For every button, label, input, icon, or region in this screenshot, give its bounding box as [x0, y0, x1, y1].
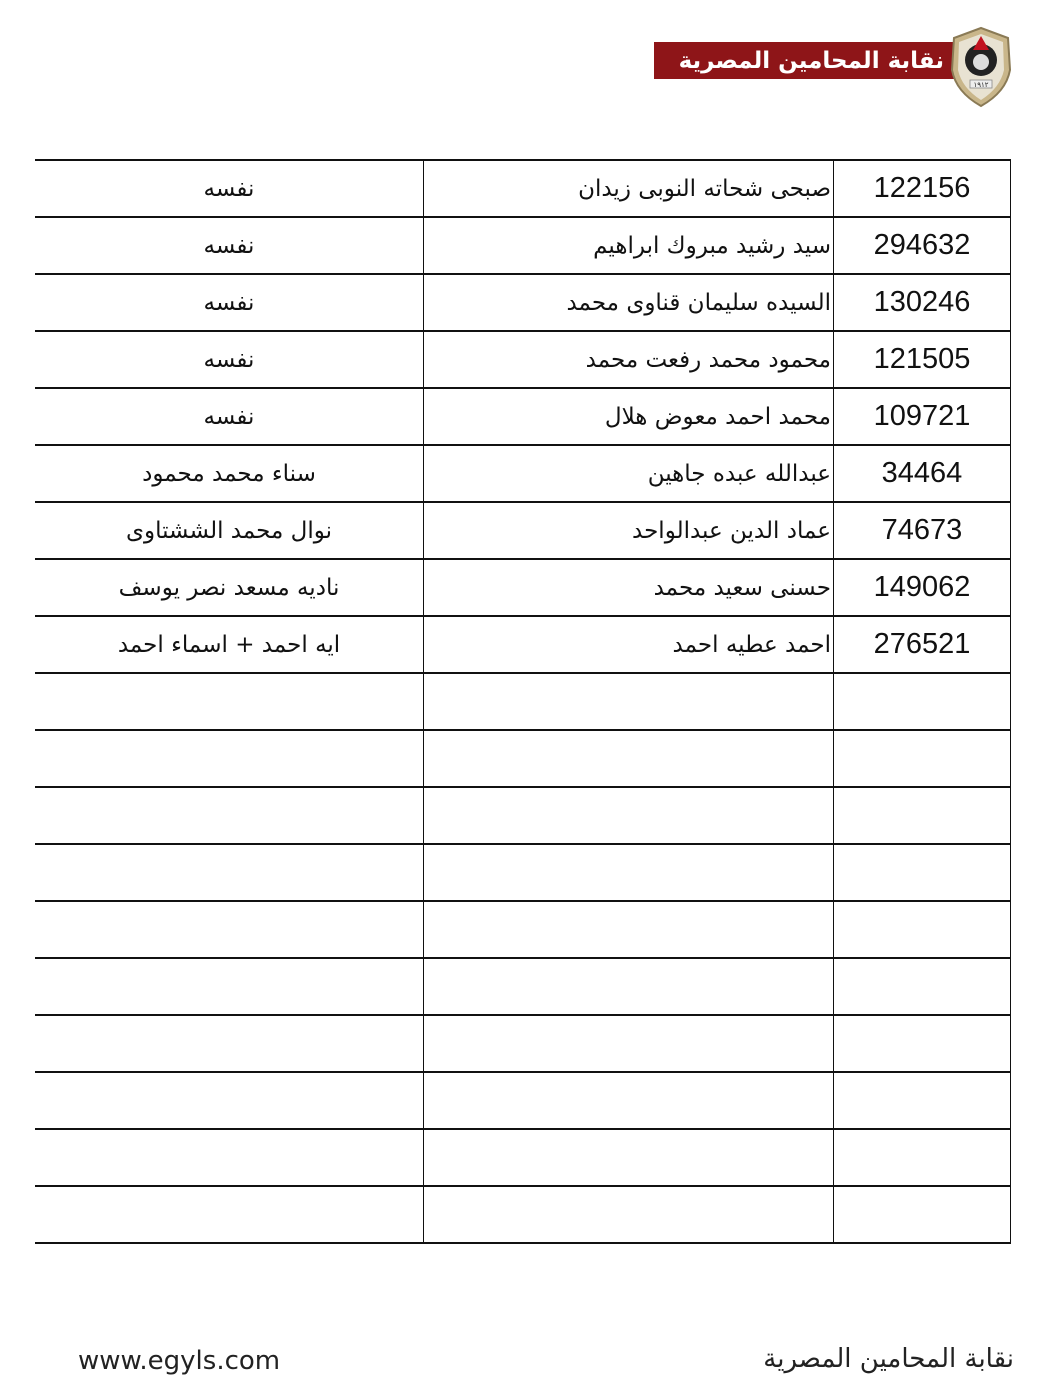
companion-cell: نوال محمد الششتاوى	[35, 502, 424, 559]
lawyer-name-cell: محمد احمد معوض هلال	[424, 388, 834, 445]
membership-number-cell	[834, 1015, 1011, 1072]
organization-banner: نقابة المحامين المصرية	[654, 42, 954, 79]
lawyer-name-cell: عماد الدين عبدالواحد	[424, 502, 834, 559]
table-row: 276521احمد عطيه احمدايه احمد + اسماء احم…	[35, 616, 1011, 673]
membership-number-cell: 276521	[834, 616, 1011, 673]
lawyer-name-cell: حسنى سعيد محمد	[424, 559, 834, 616]
footer-organization-name: نقابة المحامين المصرية	[763, 1344, 1014, 1374]
lawyer-name-cell: عبدالله عبده جاهين	[424, 445, 834, 502]
lawyer-name-cell	[424, 673, 834, 730]
organization-title: نقابة المحامين المصرية	[679, 48, 944, 74]
table-row: 130246السيده سليمان قناوى محمدنفسه	[35, 274, 1011, 331]
table-row	[35, 901, 1011, 958]
membership-number-cell: 122156	[834, 160, 1011, 217]
membership-number-cell: 130246	[834, 274, 1011, 331]
companion-cell	[35, 673, 424, 730]
companion-cell: سناء محمد محمود	[35, 445, 424, 502]
companion-cell	[35, 958, 424, 1015]
table-row	[35, 1015, 1011, 1072]
table-row	[35, 1072, 1011, 1129]
companion-cell: نفسه	[35, 217, 424, 274]
table-row	[35, 787, 1011, 844]
membership-number-cell: 109721	[834, 388, 1011, 445]
table-row	[35, 673, 1011, 730]
lawyer-name-cell	[424, 1186, 834, 1243]
membership-number-cell	[834, 958, 1011, 1015]
lawyer-name-cell	[424, 901, 834, 958]
lawyer-name-cell: احمد عطيه احمد	[424, 616, 834, 673]
companion-cell	[35, 1129, 424, 1186]
table-row	[35, 1186, 1011, 1243]
companion-cell: نفسه	[35, 388, 424, 445]
companion-cell	[35, 1186, 424, 1243]
lawyer-name-cell: سيد رشيد مبروك ابراهيم	[424, 217, 834, 274]
membership-number-cell	[834, 787, 1011, 844]
lawyer-name-cell: السيده سليمان قناوى محمد	[424, 274, 834, 331]
lawyer-name-cell	[424, 1129, 834, 1186]
companion-cell	[35, 787, 424, 844]
table-row	[35, 1129, 1011, 1186]
membership-number-cell	[834, 673, 1011, 730]
companion-cell	[35, 730, 424, 787]
table-row: 149062حسنى سعيد محمدناديه مسعد نصر يوسف	[35, 559, 1011, 616]
lawyer-name-cell	[424, 730, 834, 787]
companion-cell: نفسه	[35, 331, 424, 388]
companion-cell: نفسه	[35, 274, 424, 331]
membership-number-cell	[834, 844, 1011, 901]
membership-number-cell	[834, 1129, 1011, 1186]
membership-number-cell: 294632	[834, 217, 1011, 274]
lawyer-name-cell: محمود محمد رفعت محمد	[424, 331, 834, 388]
companion-cell: ناديه مسعد نصر يوسف	[35, 559, 424, 616]
footer-website[interactable]: www.egyls.com	[78, 1346, 280, 1376]
membership-number-cell: 121505	[834, 331, 1011, 388]
table-row	[35, 730, 1011, 787]
lawyer-name-cell	[424, 844, 834, 901]
table-row: 34464عبدالله عبده جاهينسناء محمد محمود	[35, 445, 1011, 502]
table-row	[35, 844, 1011, 901]
lawyer-name-cell	[424, 1072, 834, 1129]
lawyer-name-cell	[424, 787, 834, 844]
membership-number-cell: 74673	[834, 502, 1011, 559]
membership-number-cell: 149062	[834, 559, 1011, 616]
table-row: 109721محمد احمد معوض هلالنفسه	[35, 388, 1011, 445]
table-row: 121505محمود محمد رفعت محمدنفسه	[35, 331, 1011, 388]
companion-cell	[35, 1072, 424, 1129]
companion-cell: نفسه	[35, 160, 424, 217]
companion-cell: ايه احمد + اسماء احمد	[35, 616, 424, 673]
lawyer-name-cell	[424, 1015, 834, 1072]
membership-number-cell: 34464	[834, 445, 1011, 502]
page-header: نقابة المحامين المصرية ١٩١٢	[654, 26, 1014, 110]
membership-number-cell	[834, 901, 1011, 958]
table-row	[35, 958, 1011, 1015]
lawyer-name-cell	[424, 958, 834, 1015]
table-row: 122156صبحى شحاته النوبى زيداننفسه	[35, 160, 1011, 217]
companion-cell	[35, 901, 424, 958]
membership-number-cell	[834, 730, 1011, 787]
membership-number-cell	[834, 1186, 1011, 1243]
members-table: 122156صبحى شحاته النوبى زيداننفسه294632س…	[35, 159, 1011, 1244]
companion-cell	[35, 1015, 424, 1072]
membership-number-cell	[834, 1072, 1011, 1129]
lawyer-name-cell: صبحى شحاته النوبى زيدان	[424, 160, 834, 217]
bar-association-emblem-icon: ١٩١٢	[948, 26, 1014, 108]
companion-cell	[35, 844, 424, 901]
table-row: 74673عماد الدين عبدالواحدنوال محمد الششت…	[35, 502, 1011, 559]
table-row: 294632سيد رشيد مبروك ابراهيمنفسه	[35, 217, 1011, 274]
svg-text:١٩١٢: ١٩١٢	[973, 81, 988, 89]
